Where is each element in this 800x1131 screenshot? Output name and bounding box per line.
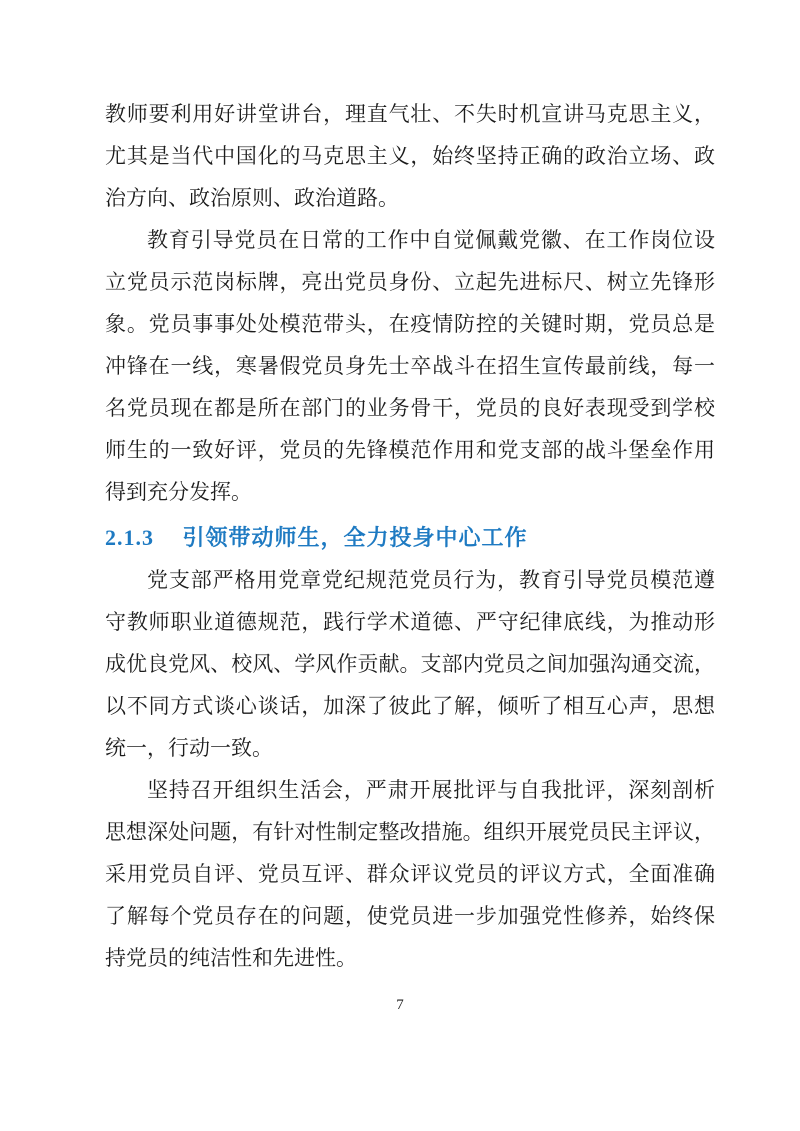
text-line: 教师要利用好讲堂讲台，理直气壮、不失时机宣讲马克思主义， bbox=[105, 93, 715, 135]
page-number: 7 bbox=[396, 997, 404, 1013]
text-line: 立党员示范岗标牌，亮出党员身份、立起先进标尺、树立先锋形 bbox=[105, 261, 715, 303]
text-line: 冲锋在一线，寒暑假党员身先士卒战斗在招生宣传最前线，每一 bbox=[105, 345, 715, 387]
page-footer: 7 bbox=[0, 996, 800, 1014]
page-content: 教师要利用好讲堂讲台，理直气壮、不失时机宣讲马克思主义， 尤其是当代中国化的马克… bbox=[105, 93, 715, 979]
text-line: 以不同方式谈心谈话，加深了彼此了解，倾听了相互心声，思想 bbox=[105, 685, 715, 727]
text-line: 持党员的纯洁性和先进性。 bbox=[105, 937, 715, 979]
text-line: 师生的一致好评，党员的先锋模范作用和党支部的战斗堡垒作用 bbox=[105, 429, 715, 471]
text-line: 治方向、政治原则、政治道路。 bbox=[105, 177, 715, 219]
text-line: 统一，行动一致。 bbox=[105, 727, 715, 769]
text-line: 守教师职业道德规范，践行学术道德、严守纪律底线，为推动形 bbox=[105, 601, 715, 643]
text-line: 坚持召开组织生活会，严肃开展批评与自我批评，深刻剖析 bbox=[105, 769, 715, 811]
paragraph-continuation: 教师要利用好讲堂讲台，理直气壮、不失时机宣讲马克思主义， 尤其是当代中国化的马克… bbox=[105, 93, 715, 219]
text-line: 名党员现在都是所在部门的业务骨干，党员的良好表现受到学校 bbox=[105, 387, 715, 429]
section-title: 引领带动师生，全力投身中心工作 bbox=[183, 525, 528, 550]
text-line: 尤其是当代中国化的马克思主义，始终坚持正确的政治立场、政 bbox=[105, 135, 715, 177]
paragraph-criticism: 坚持召开组织生活会，严肃开展批评与自我批评，深刻剖析 思想深处问题，有针对性制定… bbox=[105, 769, 715, 979]
document-page: 教师要利用好讲堂讲台，理直气壮、不失时机宣讲马克思主义， 尤其是当代中国化的马克… bbox=[0, 0, 800, 1131]
section-heading: 2.1.3 引领带动师生，全力投身中心工作 bbox=[105, 523, 715, 553]
text-line: 得到充分发挥。 bbox=[105, 471, 715, 513]
text-line: 采用党员自评、党员互评、群众评议党员的评议方式，全面准确 bbox=[105, 853, 715, 895]
paragraph-party-members: 教育引导党员在日常的工作中自觉佩戴党徽、在工作岗位设 立党员示范岗标牌，亮出党员… bbox=[105, 219, 715, 513]
text-line: 教育引导党员在日常的工作中自觉佩戴党徽、在工作岗位设 bbox=[105, 219, 715, 261]
text-line: 党支部严格用党章党纪规范党员行为，教育引导党员模范遵 bbox=[105, 559, 715, 601]
text-line: 思想深处问题，有针对性制定整改措施。组织开展党员民主评议， bbox=[105, 811, 715, 853]
section-number: 2.1.3 bbox=[105, 525, 154, 550]
text-line: 了解每个党员存在的问题，使党员进一步加强党性修养，始终保 bbox=[105, 895, 715, 937]
paragraph-discipline: 党支部严格用党章党纪规范党员行为，教育引导党员模范遵 守教师职业道德规范，践行学… bbox=[105, 559, 715, 769]
text-line: 成优良党风、校风、学风作贡献。支部内党员之间加强沟通交流， bbox=[105, 643, 715, 685]
text-line: 象。党员事事处处模范带头，在疫情防控的关键时期，党员总是 bbox=[105, 303, 715, 345]
